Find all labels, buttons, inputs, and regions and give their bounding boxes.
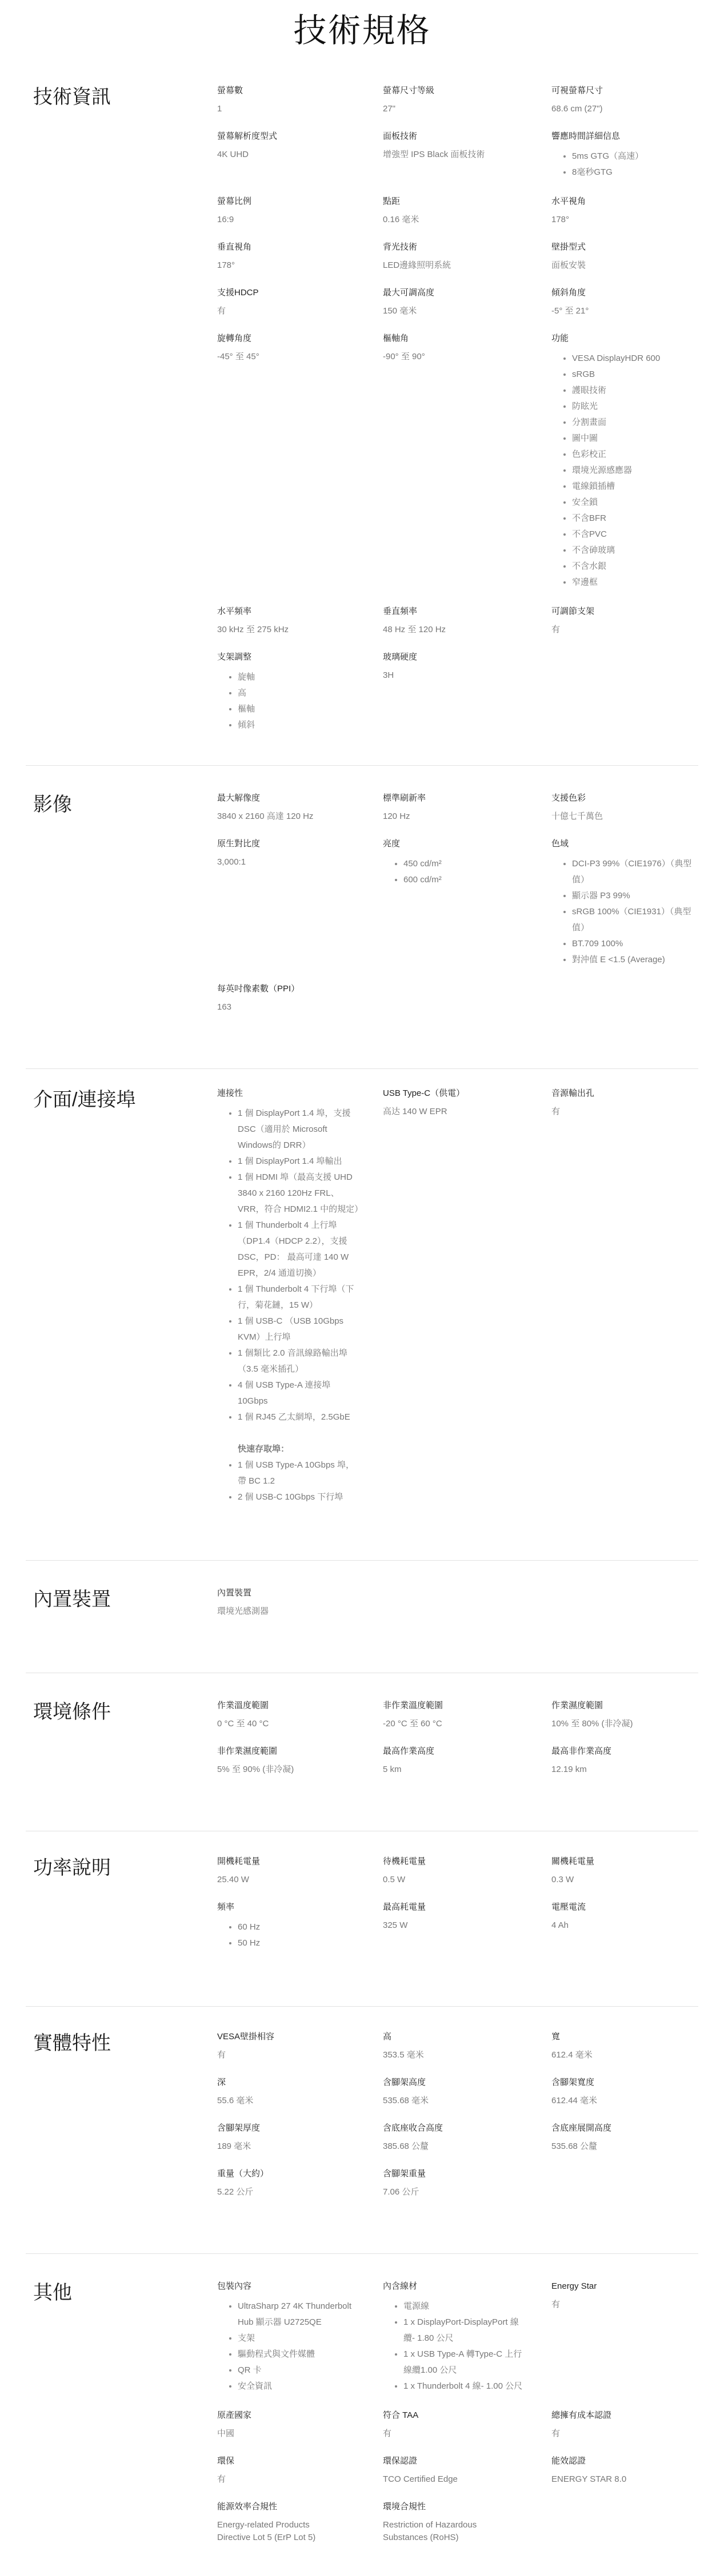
spec-section: 環境條件作業溫度範圍0 °C 至 40 °C非作業溫度範圍-20 °C 至 60… — [26, 1673, 698, 1831]
spec-value: 有 — [217, 305, 383, 318]
spec-label: 原生對比度 — [217, 838, 383, 850]
spec-list-item: 對沖值 E <1.5 (Average) — [572, 952, 695, 968]
spec-item — [551, 651, 707, 748]
spec-label: 電壓電流 — [551, 1901, 707, 1914]
spec-list-item: 電線鎖插槽 — [572, 479, 695, 495]
spec-item: 能源效率合規性Energy-related Products Directive… — [217, 2501, 383, 2559]
spec-label: 每英吋像素數（PPI） — [217, 983, 383, 995]
spec-item: 水平頻率30 kHz 至 275 kHz — [217, 605, 383, 651]
spec-list-item: 不含PVC — [572, 527, 695, 542]
spec-label: Energy Star — [551, 2280, 707, 2293]
spec-list-item: 支架 — [238, 2330, 361, 2346]
spec-value: 25.40 W — [217, 1874, 383, 1886]
spec-list-item: 防眩光 — [572, 399, 695, 415]
spec-item: 電壓電流4 Ah — [551, 1901, 707, 1966]
spec-value: 12.19 km — [551, 1763, 707, 1776]
spec-item: 螢幕比例16:9 — [217, 195, 383, 241]
spec-value-list: 旋軸高樞軸傾斜 — [217, 669, 383, 733]
spec-label: 重量（大約） — [217, 2168, 383, 2180]
spec-label: 含底座收合高度 — [383, 2122, 551, 2135]
spec-item: 水平視角178° — [551, 195, 707, 241]
spec-value: 5 km — [383, 1763, 551, 1776]
spec-list-item: 50 Hz — [238, 1935, 361, 1951]
spec-value: 增強型 IPS Black 面板技術 — [383, 148, 551, 161]
spec-item: 開機耗電量25.40 W — [217, 1855, 383, 1901]
spec-label: 含腳架高度 — [383, 2076, 551, 2089]
spec-label: 最高非作業高度 — [551, 1745, 707, 1758]
spec-value: -20 °C 至 60 °C — [383, 1718, 551, 1730]
spec-value: 4 Ah — [551, 1919, 707, 1932]
spec-item: 亮度450 cd/m²600 cd/m² — [383, 838, 551, 983]
spec-item: 含底座展開高度535.68 公釐 — [551, 2122, 707, 2168]
spec-label: 玻璃硬度 — [383, 651, 551, 664]
spec-label: 面板技術 — [383, 130, 551, 143]
spec-label: 傾斜角度 — [551, 287, 707, 299]
spec-label: 亮度 — [383, 838, 551, 850]
spec-list-item: sRGB 100%（CIE1931）（典型值） — [572, 904, 695, 936]
spec-value: 353.5 毫米 — [383, 2049, 551, 2061]
spec-grid: 內置裝置環境光感測器 — [217, 1587, 707, 1633]
spec-label: 可調節支架 — [551, 605, 707, 618]
spec-label: 環保認證 — [383, 2455, 551, 2468]
spec-item: 垂直視角178° — [217, 241, 383, 287]
spec-item: 寬612.4 毫米 — [551, 2031, 707, 2076]
spec-value-list: 電源線1 x DisplayPort-DisplayPort 線纜- 1.80 … — [383, 2298, 551, 2394]
spec-value: 325 W — [383, 1919, 551, 1932]
spec-item: 背光技術LED邊緣照明系統 — [383, 241, 551, 287]
spec-item: 最高非作業高度12.19 km — [551, 1745, 707, 1791]
section-heading: 介面/連接埠 — [26, 1087, 217, 1520]
spec-label: 垂直頻率 — [383, 605, 551, 618]
spec-list-item: 1 個 DisplayPort 1.4 埠輸出 — [238, 1154, 361, 1170]
spec-value: 7.06 公斤 — [383, 2186, 551, 2199]
spec-list-item: 1 x Thunderbolt 4 線- 1.00 公尺 — [403, 2378, 526, 2394]
spec-item: 螢幕數1 — [217, 85, 383, 130]
spec-value: 環境光感測器 — [217, 1605, 383, 1618]
spec-item: 最高作業高度5 km — [383, 1745, 551, 1791]
spec-list-item: BT.709 100% — [572, 936, 695, 952]
spec-section: 功率說明開機耗電量25.40 W待機耗電量0.5 W關機耗電量0.3 W頻率60… — [26, 1831, 698, 2006]
spec-label: 高 — [383, 2031, 551, 2043]
spec-label: 深 — [217, 2076, 383, 2089]
spec-value: -90° 至 90° — [383, 351, 551, 363]
spec-label: 水平視角 — [551, 195, 707, 208]
spec-value: 178° — [217, 259, 383, 272]
spec-label: 音源輸出孔 — [551, 1087, 707, 1100]
spec-value-list: 1 個 USB Type-A 10Gbps 埠，帶 BC 1.22 個 USB-… — [217, 1457, 383, 1505]
spec-item: 標準刷新率120 Hz — [383, 792, 551, 838]
spec-list-item: 環境光源感應器 — [572, 463, 695, 479]
spec-list-item: 1 x USB Type-A 轉Type-C 上行線纜1.00 公尺 — [403, 2346, 526, 2378]
spec-list-item: 1 個 DisplayPort 1.4 埠，支援 DSC（適用於 Microso… — [238, 1106, 361, 1154]
spec-item: 每英吋像素數（PPI）163 — [217, 983, 383, 1028]
spec-item — [551, 2168, 707, 2213]
spec-item: 含腳架寬度612.44 毫米 — [551, 2076, 707, 2122]
spec-list-item: 60 Hz — [238, 1919, 361, 1935]
spec-item: 環保有 — [217, 2455, 383, 2501]
spec-value: 有 — [217, 2049, 383, 2061]
spec-item: 音源輸出孔有 — [551, 1087, 707, 1520]
spec-section: 介面/連接埠連接性1 個 DisplayPort 1.4 埠，支援 DSC（適用… — [26, 1068, 698, 1560]
spec-value: 30 kHz 至 275 kHz — [217, 624, 383, 636]
spec-list-item: 護眼技術 — [572, 383, 695, 399]
spec-list-item: 驅動程式與文件媒體 — [238, 2346, 361, 2362]
spec-label: 螢幕數 — [217, 85, 383, 97]
spec-label: 作業溫度範圍 — [217, 1699, 383, 1712]
spec-item: 點距0.16 毫米 — [383, 195, 551, 241]
spec-item: 作業濕度範圍10% 至 80% (非冷凝) — [551, 1699, 707, 1745]
spec-label: 能源效率合規性 — [217, 2501, 383, 2513]
spec-label: 非作業濕度範圍 — [217, 1745, 383, 1758]
spec-label: 螢幕比例 — [217, 195, 383, 208]
spec-item: 支架調整旋軸高樞軸傾斜 — [217, 651, 383, 748]
spec-list-item: 樞軸 — [238, 701, 361, 717]
spec-label: 壁掛型式 — [551, 241, 707, 254]
spec-list-item: 600 cd/m² — [403, 872, 526, 888]
spec-value: 68.6 cm (27") — [551, 103, 707, 115]
spec-label: 含腳架重量 — [383, 2168, 551, 2180]
spec-label: 含底座展開高度 — [551, 2122, 707, 2135]
spec-value: 0.16 毫米 — [383, 214, 551, 226]
spec-value: 中國 — [217, 2428, 383, 2440]
spec-value: 535.68 公釐 — [551, 2140, 707, 2153]
spec-list-item: 電源線 — [403, 2298, 526, 2314]
spec-list-item: DCI-P3 99%（CIE1976）（典型值） — [572, 856, 695, 888]
spec-list-item: 窄邊框 — [572, 574, 695, 590]
spec-item: 作業溫度範圍0 °C 至 40 °C — [217, 1699, 383, 1745]
spec-value: -5° 至 21° — [551, 305, 707, 318]
spec-item: 傾斜角度-5° 至 21° — [551, 287, 707, 332]
spec-label: 開機耗電量 — [217, 1855, 383, 1868]
spec-label: VESA壁掛相容 — [217, 2031, 383, 2043]
spec-list-item: 不含BFR — [572, 511, 695, 527]
spec-label: 水平頻率 — [217, 605, 383, 618]
spec-value: TCO Certified Edge — [383, 2473, 551, 2486]
spec-item: 原產國家中國 — [217, 2409, 383, 2455]
spec-item: 最大解像度3840 x 2160 高達 120 Hz — [217, 792, 383, 838]
spec-value-list: 450 cd/m²600 cd/m² — [383, 856, 551, 888]
spec-value: 3H — [383, 669, 551, 682]
spec-label: 最高耗電量 — [383, 1901, 551, 1914]
spec-label: 作業濕度範圍 — [551, 1699, 707, 1712]
spec-list-item: UltraSharp 27 4K Thunderbolt Hub 顯示器 U27… — [238, 2298, 361, 2330]
spec-item: 內置裝置環境光感測器 — [217, 1587, 383, 1633]
spec-label: 非作業溫度範圍 — [383, 1699, 551, 1712]
spec-item: 含腳架高度535.68 毫米 — [383, 2076, 551, 2122]
spec-value: 0 °C 至 40 °C — [217, 1718, 383, 1730]
spec-item: 響應時間詳細信息5ms GTG（高速）8毫秒GTG — [551, 130, 707, 195]
spec-value: 385.68 公釐 — [383, 2140, 551, 2153]
spec-label: 含腳架寬度 — [551, 2076, 707, 2089]
spec-label: 功能 — [551, 332, 707, 345]
spec-label: 支架調整 — [217, 651, 383, 664]
spec-list-item: 不含水銀 — [572, 558, 695, 574]
spec-value: ENERGY STAR 8.0 — [551, 2473, 707, 2486]
spec-label: 可視螢幕尺寸 — [551, 85, 707, 97]
spec-list-item: 8毫秒GTG — [572, 164, 695, 180]
spec-label: 原產國家 — [217, 2409, 383, 2422]
spec-value: Energy-related Products Directive Lot 5 … — [217, 2519, 340, 2544]
spec-item: 高353.5 毫米 — [383, 2031, 551, 2076]
spec-value: 3,000:1 — [217, 856, 383, 869]
spec-value: 4K UHD — [217, 148, 383, 161]
spec-label: 響應時間詳細信息 — [551, 130, 707, 143]
spec-value: 120 Hz — [383, 810, 551, 823]
spec-list-item: 1 個 HDMI 埠（最高支援 UHD 3840 x 2160 120Hz FR… — [238, 1170, 361, 1217]
spec-label: 背光技術 — [383, 241, 551, 254]
spec-label: 點距 — [383, 195, 551, 208]
spec-item: 總擁有成本認證有 — [551, 2409, 707, 2455]
spec-label: 色域 — [551, 838, 707, 850]
spec-item: 色域DCI-P3 99%（CIE1976）（典型值）顯示器 P3 99%sRGB… — [551, 838, 707, 983]
spec-item — [551, 983, 707, 1028]
spec-value: 5% 至 90% (非冷凝) — [217, 1763, 383, 1776]
spec-label: 頻率 — [217, 1901, 383, 1914]
spec-list-item: 1 個 Thunderbolt 4 下行埠（下行，菊花鏈，15 W） — [238, 1281, 361, 1313]
spec-value-list: 1 個 DisplayPort 1.4 埠，支援 DSC（適用於 Microso… — [217, 1106, 383, 1425]
spec-item: 玻璃硬度3H — [383, 651, 551, 748]
spec-label: 螢幕尺寸等級 — [383, 85, 551, 97]
spec-label: 關機耗電量 — [551, 1855, 707, 1868]
spec-value: 3840 x 2160 高達 120 Hz — [217, 810, 383, 823]
spec-item — [383, 1587, 551, 1633]
spec-list-item: sRGB — [572, 367, 695, 383]
spec-subheading: 快速存取埠： — [217, 1441, 383, 1457]
spec-value-list: 60 Hz50 Hz — [217, 1919, 383, 1951]
spec-item: 功能VESA DisplayHDR 600sRGB護眼技術防眩光分割畫面圖中圖色… — [551, 332, 707, 605]
spec-item: 環境合規性Restriction of Hazardous Substances… — [383, 2501, 551, 2559]
spec-label: USB Type-C（供電） — [383, 1087, 551, 1100]
spec-list-item: 1 個類比 2.0 音訊線路輸出埠（3.5 毫米插孔） — [238, 1345, 361, 1377]
spec-list-item: 色彩校正 — [572, 447, 695, 463]
spec-value: 48 Hz 至 120 Hz — [383, 624, 551, 636]
spec-value: 150 毫米 — [383, 305, 551, 318]
spec-value: 有 — [217, 2473, 383, 2486]
spec-list-item: 傾斜 — [238, 717, 361, 733]
spec-label: 總擁有成本認證 — [551, 2409, 707, 2422]
spec-value: 0.5 W — [383, 1874, 551, 1886]
spec-grid: 螢幕數1螢幕尺寸等級27"可視螢幕尺寸68.6 cm (27")螢幕解析度型式4… — [217, 85, 707, 748]
spec-list-item: QR 卡 — [238, 2362, 361, 2378]
spec-label: 符合 TAA — [383, 2409, 551, 2422]
spec-list-item: 旋軸 — [238, 669, 361, 685]
section-heading: 其他 — [26, 2280, 217, 2559]
spec-item: 頻率60 Hz50 Hz — [217, 1901, 383, 1966]
spec-item: 垂直頻率48 Hz 至 120 Hz — [383, 605, 551, 651]
spec-value: 有 — [383, 2428, 551, 2440]
spec-value: 十億七千萬色 — [551, 810, 707, 823]
spec-value-list: VESA DisplayHDR 600sRGB護眼技術防眩光分割畫面圖中圖色彩校… — [551, 351, 707, 590]
spec-item: 內含線材電源線1 x DisplayPort-DisplayPort 線纜- 1… — [383, 2280, 551, 2409]
spec-value: 1 — [217, 103, 383, 115]
spec-label: 能效認證 — [551, 2455, 707, 2468]
spec-item: Energy Star有 — [551, 2280, 707, 2409]
spec-item: 深55.6 毫米 — [217, 2076, 383, 2122]
spec-grid: VESA壁掛相容有高353.5 毫米寬612.4 毫米深55.6 毫米含腳架高度… — [217, 2031, 707, 2213]
spec-label: 包裝內容 — [217, 2280, 383, 2293]
spec-label: 含腳架厚度 — [217, 2122, 383, 2135]
spec-list-item: 1 個 RJ45 乙太網埠，2.5GbE — [238, 1409, 361, 1425]
spec-value: 27" — [383, 103, 551, 115]
spec-section: 影像最大解像度3840 x 2160 高達 120 Hz標準刷新率120 Hz支… — [26, 765, 698, 1068]
spec-value: Restriction of Hazardous Substances (RoH… — [383, 2519, 506, 2544]
spec-section: 其他包裝內容UltraSharp 27 4K Thunderbolt Hub 顯… — [26, 2253, 698, 2576]
spec-label: 內置裝置 — [217, 1587, 383, 1600]
spec-list-item: 圖中圖 — [572, 431, 695, 447]
section-heading: 技術資訊 — [26, 85, 217, 748]
spec-value: LED邊緣照明系統 — [383, 259, 551, 272]
spec-list-item: 安全資訊 — [238, 2378, 361, 2394]
spec-item: 重量（大約）5.22 公斤 — [217, 2168, 383, 2213]
spec-item: 旋轉角度-45° 至 45° — [217, 332, 383, 605]
spec-list-item: 1 個 USB Type-A 10Gbps 埠，帶 BC 1.2 — [238, 1457, 361, 1489]
spec-label: 垂直視角 — [217, 241, 383, 254]
spec-grid: 最大解像度3840 x 2160 高達 120 Hz標準刷新率120 Hz支援色… — [217, 792, 707, 1028]
spec-item: 樞軸角-90° 至 90° — [383, 332, 551, 605]
section-heading: 環境條件 — [26, 1699, 217, 1791]
spec-label: 待機耗電量 — [383, 1855, 551, 1868]
spec-item: VESA壁掛相容有 — [217, 2031, 383, 2076]
spec-value: 5.22 公斤 — [217, 2186, 383, 2199]
spec-item: 支援色彩十億七千萬色 — [551, 792, 707, 838]
spec-value: 有 — [551, 2428, 707, 2440]
spec-item: 壁掛型式面板安裝 — [551, 241, 707, 287]
spec-value: 有 — [551, 2298, 707, 2311]
spec-value-list: UltraSharp 27 4K Thunderbolt Hub 顯示器 U27… — [217, 2298, 383, 2394]
spec-section: 技術資訊螢幕數1螢幕尺寸等級27"可視螢幕尺寸68.6 cm (27")螢幕解析… — [26, 51, 698, 765]
spec-label: 寬 — [551, 2031, 707, 2043]
spec-value: 189 毫米 — [217, 2140, 383, 2153]
spec-value: 10% 至 80% (非冷凝) — [551, 1718, 707, 1730]
spec-label: 旋轉角度 — [217, 332, 383, 345]
spec-item: 可調節支架有 — [551, 605, 707, 651]
spec-label: 最大解像度 — [217, 792, 383, 805]
spec-value: 高达 140 W EPR — [383, 1106, 551, 1118]
spec-list-item: 1 x DisplayPort-DisplayPort 線纜- 1.80 公尺 — [403, 2314, 526, 2346]
spec-grid: 作業溫度範圍0 °C 至 40 °C非作業溫度範圍-20 °C 至 60 °C作… — [217, 1699, 707, 1791]
spec-value: 535.68 毫米 — [383, 2095, 551, 2107]
spec-list-item: 1 個 USB-C （USB 10Gbps KVM）上行埠 — [238, 1313, 361, 1345]
spec-label: 支援HDCP — [217, 287, 383, 299]
spec-list-item: 5ms GTG（高速） — [572, 148, 695, 164]
spec-value: 面板安裝 — [551, 259, 707, 272]
spec-label: 連接性 — [217, 1087, 383, 1100]
spec-item: 支援HDCP有 — [217, 287, 383, 332]
section-heading: 實體特性 — [26, 2031, 217, 2213]
spec-item: 螢幕解析度型式4K UHD — [217, 130, 383, 195]
spec-item: 環保認證TCO Certified Edge — [383, 2455, 551, 2501]
spec-item: 含底座收合高度385.68 公釐 — [383, 2122, 551, 2168]
spec-item: USB Type-C（供電）高达 140 W EPR — [383, 1087, 551, 1520]
spec-item: 可視螢幕尺寸68.6 cm (27") — [551, 85, 707, 130]
spec-label: 螢幕解析度型式 — [217, 130, 383, 143]
spec-label: 最高作業高度 — [383, 1745, 551, 1758]
spec-list-item: 不含砷玻璃 — [572, 542, 695, 558]
spec-label: 樞軸角 — [383, 332, 551, 345]
spec-item: 含腳架厚度189 毫米 — [217, 2122, 383, 2168]
spec-section: 實體特性VESA壁掛相容有高353.5 毫米寬612.4 毫米深55.6 毫米含… — [26, 2006, 698, 2253]
spec-value: 16:9 — [217, 214, 383, 226]
spec-value: 有 — [551, 624, 707, 636]
spec-item: 能效認證ENERGY STAR 8.0 — [551, 2455, 707, 2501]
spec-list-item: 2 個 USB-C 10Gbps 下行埠 — [238, 1489, 361, 1505]
spec-value: -45° 至 45° — [217, 351, 383, 363]
page-title: 技術規格 — [0, 0, 724, 51]
spec-list-item: 高 — [238, 685, 361, 701]
spec-item: 螢幕尺寸等級27" — [383, 85, 551, 130]
spec-label: 標準刷新率 — [383, 792, 551, 805]
spec-list-item: 顯示器 P3 99% — [572, 888, 695, 904]
spec-grid: 連接性1 個 DisplayPort 1.4 埠，支援 DSC（適用於 Micr… — [217, 1087, 707, 1520]
spec-item: 面板技術增強型 IPS Black 面板技術 — [383, 130, 551, 195]
spec-label: 環保 — [217, 2455, 383, 2468]
spec-item: 符合 TAA有 — [383, 2409, 551, 2455]
spec-value: 178° — [551, 214, 707, 226]
spec-item: 最大可調高度150 毫米 — [383, 287, 551, 332]
spec-item: 包裝內容UltraSharp 27 4K Thunderbolt Hub 顯示器… — [217, 2280, 383, 2409]
spec-list-item: 4 個 USB Type-A 連接埠 10Gbps — [238, 1377, 361, 1409]
spec-grid: 開機耗電量25.40 W待機耗電量0.5 W關機耗電量0.3 W頻率60 Hz5… — [217, 1855, 707, 1966]
spec-item — [551, 1587, 707, 1633]
spec-list-item: 安全鎖 — [572, 495, 695, 511]
spec-value-list: DCI-P3 99%（CIE1976）（典型值）顯示器 P3 99%sRGB 1… — [551, 856, 707, 968]
spec-value: 612.44 毫米 — [551, 2095, 707, 2107]
spec-value: 0.3 W — [551, 1874, 707, 1886]
spec-section: 內置裝置內置裝置環境光感測器 — [26, 1560, 698, 1673]
spec-item: 連接性1 個 DisplayPort 1.4 埠，支援 DSC（適用於 Micr… — [217, 1087, 383, 1520]
spec-item — [383, 983, 551, 1028]
spec-item: 含腳架重量7.06 公斤 — [383, 2168, 551, 2213]
spec-value-list: 5ms GTG（高速）8毫秒GTG — [551, 148, 707, 180]
spec-item — [551, 2501, 707, 2559]
spec-item: 待機耗電量0.5 W — [383, 1855, 551, 1901]
spec-item: 最高耗電量325 W — [383, 1901, 551, 1966]
spec-list-item: 450 cd/m² — [403, 856, 526, 872]
spec-value: 有 — [551, 1106, 707, 1118]
spec-item: 關機耗電量0.3 W — [551, 1855, 707, 1901]
spec-label: 支援色彩 — [551, 792, 707, 805]
spec-list-item: 1 個 Thunderbolt 4 上行埠（DP1.4（HDCP 2.2），支援… — [238, 1217, 361, 1281]
section-heading: 內置裝置 — [26, 1587, 217, 1633]
section-heading: 功率說明 — [26, 1855, 217, 1966]
spec-label: 環境合規性 — [383, 2501, 551, 2513]
spec-list-item: 分割畫面 — [572, 415, 695, 431]
spec-value: 163 — [217, 1001, 383, 1014]
spec-item: 非作業溫度範圍-20 °C 至 60 °C — [383, 1699, 551, 1745]
spec-item: 原生對比度3,000:1 — [217, 838, 383, 983]
spec-value: 55.6 毫米 — [217, 2095, 383, 2107]
spec-sections: 技術資訊螢幕數1螢幕尺寸等級27"可視螢幕尺寸68.6 cm (27")螢幕解析… — [0, 51, 724, 2576]
spec-label: 內含線材 — [383, 2280, 551, 2293]
section-heading: 影像 — [26, 792, 217, 1028]
spec-label: 最大可調高度 — [383, 287, 551, 299]
spec-grid: 包裝內容UltraSharp 27 4K Thunderbolt Hub 顯示器… — [217, 2280, 707, 2559]
spec-item: 非作業濕度範圍5% 至 90% (非冷凝) — [217, 1745, 383, 1791]
spec-list-item: VESA DisplayHDR 600 — [572, 351, 695, 367]
spec-value: 612.4 毫米 — [551, 2049, 707, 2061]
